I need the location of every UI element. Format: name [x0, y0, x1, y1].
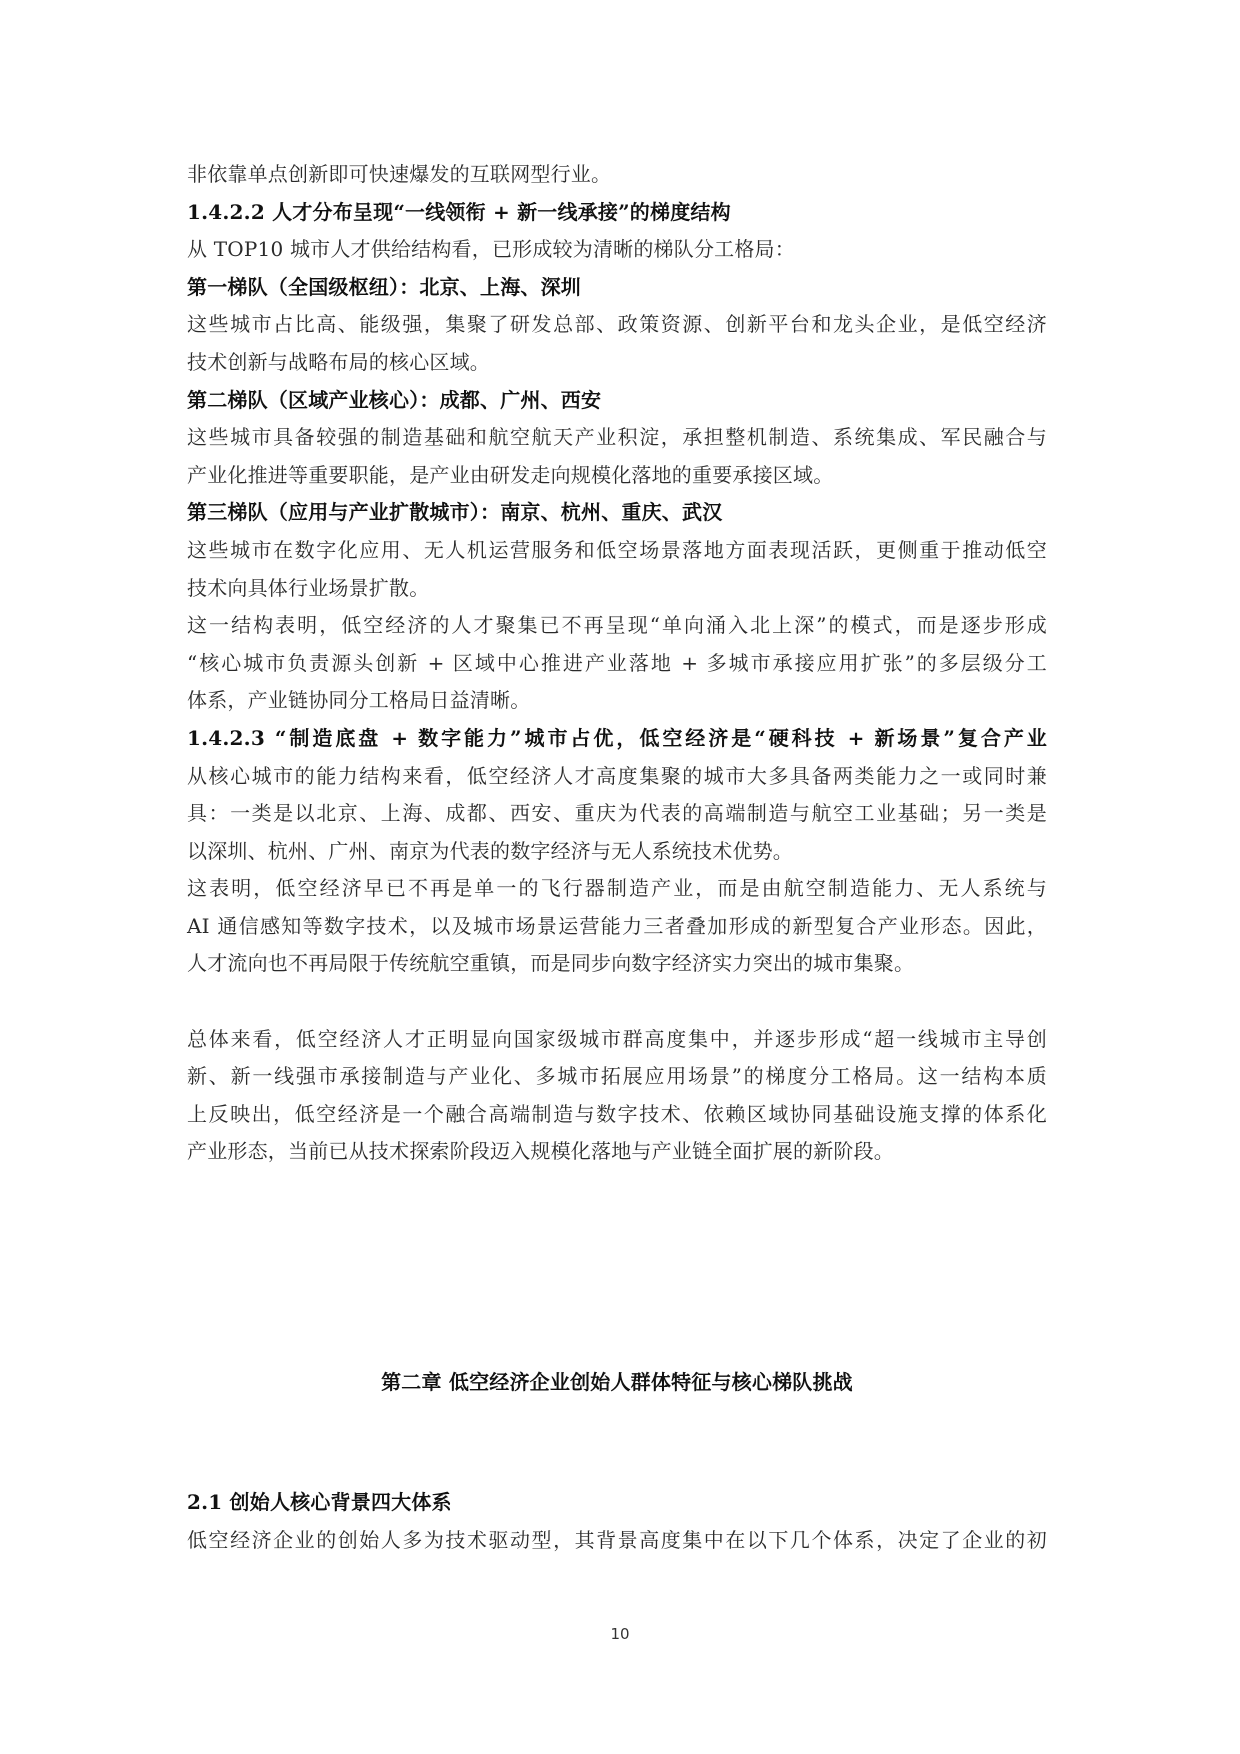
- paragraph-spacer: [187, 983, 1047, 1021]
- tier-one-heading: 第一梯队（全国级枢纽）：北京、上海、深圳: [187, 269, 1047, 307]
- paragraph-line: 这些城市具备较强的制造基础和航空航天产业积淀，承担整机制造、系统集成、军民融合与: [187, 419, 1047, 457]
- section-2-1: 2.1 创始人核心背景四大体系 低空经济企业的创始人多为技术驱动型，其背景高度集…: [187, 1484, 1047, 1559]
- paragraph-line: 这一结构表明，低空经济的人才聚集已不再呈现“单向涌入北上深”的模式，而是逐步形成: [187, 607, 1047, 645]
- summary-line: 新、新一线强市承接制造与产业化、多城市拓展应用场景”的梯度分工格局。这一结构本质: [187, 1058, 1047, 1096]
- paragraph-line: AI 通信感知等数字技术，以及城市场景运营能力三者叠加形成的新型复合产业形态。因…: [187, 908, 1047, 946]
- section-heading: 2.1 创始人核心背景四大体系: [187, 1484, 1047, 1522]
- paragraph-line: “核心城市负责源头创新 + 区域中心推进产业落地 + 多城市承接应用扩张”的多层…: [187, 645, 1047, 683]
- paragraph-line: 从 TOP10 城市人才供给结构看，已形成较为清晰的梯队分工格局：: [187, 231, 1047, 269]
- tier-three-heading: 第三梯队（应用与产业扩散城市）：南京、杭州、重庆、武汉: [187, 494, 1047, 532]
- tier-two-heading: 第二梯队（区域产业核心）：成都、广州、西安: [187, 382, 1047, 420]
- chapter-title: 第二章 低空经济企业创始人群体特征与核心梯队挑战: [187, 1364, 1047, 1402]
- paragraph-line: 从核心城市的能力结构来看，低空经济人才高度集聚的城市大多具备两类能力之一或同时兼: [187, 758, 1047, 796]
- subsection-heading-1-4-2-2: 1.4.2.2 人才分布呈现“一线领衔 + 新一线承接”的梯度结构: [187, 194, 1047, 232]
- paragraph-line: 这些城市占比高、能级强，集聚了研发总部、政策资源、创新平台和龙头企业，是低空经济: [187, 306, 1047, 344]
- paragraph-line: 技术创新与战略布局的核心区域。: [187, 344, 1047, 382]
- paragraph-line: 具：一类是以北京、上海、成都、西安、重庆为代表的高端制造与航空工业基础；另一类是: [187, 795, 1047, 833]
- summary-line: 总体来看，低空经济人才正明显向国家级城市群高度集中，并逐步形成“超一线城市主导创: [187, 1021, 1047, 1059]
- summary-line: 上反映出，低空经济是一个融合高端制造与数字技术、依赖区域协同基础设施支撑的体系化: [187, 1096, 1047, 1134]
- paragraph-line: 产业化推进等重要职能，是产业由研发走向规模化落地的重要承接区域。: [187, 457, 1047, 495]
- paragraph-line: 低空经济企业的创始人多为技术驱动型，其背景高度集中在以下几个体系，决定了企业的初: [187, 1522, 1047, 1560]
- paragraph-line: 这表明，低空经济早已不再是单一的飞行器制造产业，而是由航空制造能力、无人系统与: [187, 870, 1047, 908]
- paragraph-line: 体系，产业链协同分工格局日益清晰。: [187, 682, 1047, 720]
- paragraph-line: 技术向具体行业场景扩散。: [187, 570, 1047, 608]
- paragraph-line: 非依靠单点创新即可快速爆发的互联网型行业。: [187, 156, 1047, 194]
- summary-line: 产业形态，当前已从技术探索阶段迈入规模化落地与产业链全面扩展的新阶段。: [187, 1133, 1047, 1171]
- paragraph-line: 这些城市在数字化应用、无人机运营服务和低空场景落地方面表现活跃，更侧重于推动低空: [187, 532, 1047, 570]
- paragraph-line: 人才流向也不再局限于传统航空重镇，而是同步向数字经济实力突出的城市集聚。: [187, 945, 1047, 983]
- subsection-heading-1-4-2-3: 1.4.2.3 “制造底盘 + 数字能力”城市占优，低空经济是“硬科技 + 新场…: [187, 720, 1047, 758]
- document-body: 非依靠单点创新即可快速爆发的互联网型行业。 1.4.2.2 人才分布呈现“一线领…: [187, 156, 1047, 1171]
- page-number: 10: [0, 1625, 1240, 1643]
- paragraph-line: 以深圳、杭州、广州、南京为代表的数字经济与无人系统技术优势。: [187, 833, 1047, 871]
